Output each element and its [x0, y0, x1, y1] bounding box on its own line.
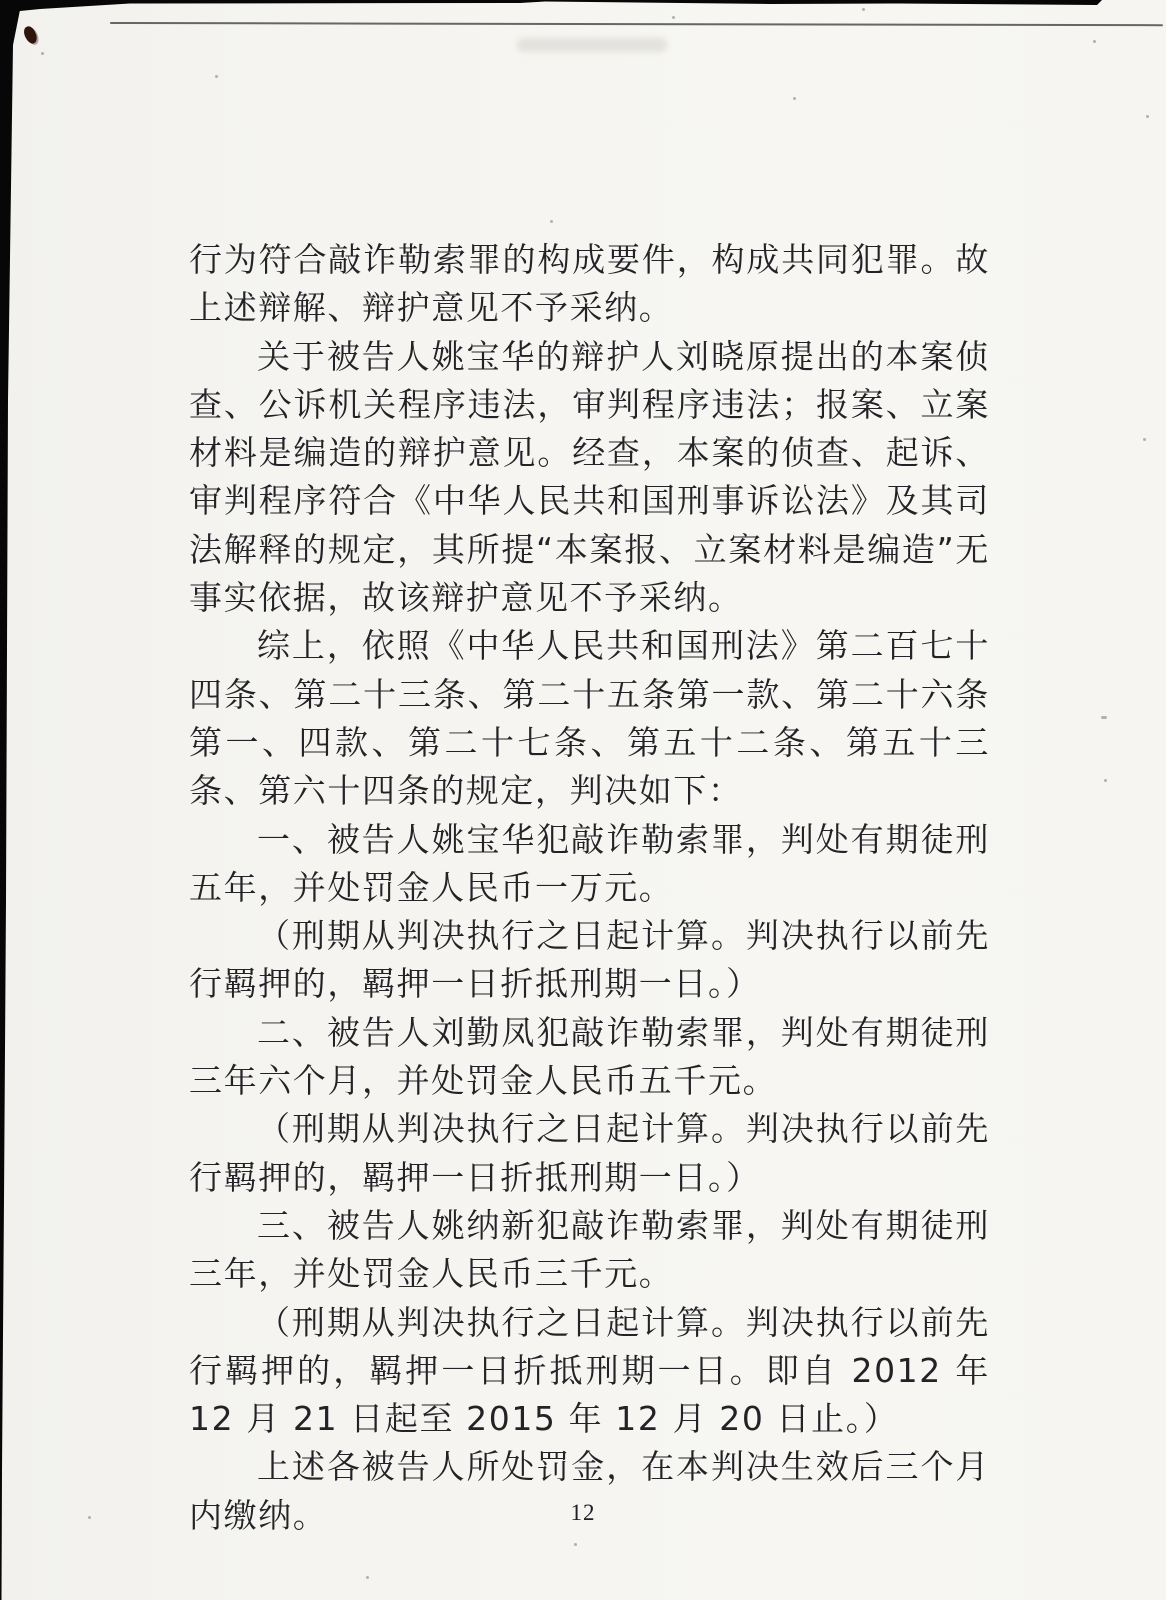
scan-smudge: [517, 38, 667, 52]
scan-speck: [793, 97, 796, 100]
body-paragraph: 关于被告人姚宝华的辩护人刘晓原提出的本案侦查、公诉机关程序违法，审判程序违法；报…: [189, 333, 990, 623]
verdict-note-2: （刑期从判决执行之日起计算。判决执行以前先行羁押的，羁押一日折抵刑期一日。）: [189, 1105, 990, 1202]
scan-speck: [550, 220, 553, 223]
scan-speck: [1146, 115, 1149, 118]
scan-edge-top: [0, 0, 1104, 14]
scan-speck: [862, 8, 865, 11]
scan-fold-line: [110, 22, 1163, 26]
scan-speck: [1104, 779, 1107, 782]
verdict-item-3: 三、被告人姚纳新犯敲诈勒索罪，判处有期徒刑三年，并处罚金人民币三千元。: [189, 1202, 990, 1299]
scan-speck: [1093, 40, 1096, 43]
verdict-item-1: 一、被告人姚宝华犯敲诈勒索罪，判处有期徒刑五年，并处罚金人民币一万元。: [189, 816, 990, 913]
page-number: 12: [0, 1500, 1166, 1526]
verdict-note-1: （刑期从判决执行之日起计算。判决执行以前先行羁押的，羁押一日折抵刑期一日。）: [189, 912, 990, 1009]
scan-speck: [366, 1576, 369, 1579]
judgment-body: 行为符合敲诈勒索罪的构成要件，构成共同犯罪。故上述辩解、辩护意见不予采纳。 关于…: [189, 236, 990, 1540]
scan-speck: [1143, 438, 1146, 441]
scan-speck: [215, 75, 218, 78]
scanned-document-page: 行为符合敲诈勒索罪的构成要件，构成共同犯罪。故上述辩解、辩护意见不予采纳。 关于…: [0, 0, 1166, 1600]
scan-edge-left: [0, 0, 22, 1600]
ink-blot-artifact: [21, 24, 39, 45]
scan-speck: [672, 16, 675, 19]
body-paragraph: 综上，依照《中华人民共和国刑法》第二百七十四条、第二十三条、第二十五条第一款、第…: [189, 622, 990, 815]
verdict-item-2: 二、被告人刘勤凤犯敲诈勒索罪，判处有期徒刑三年六个月，并处罚金人民币五千元。: [189, 1009, 990, 1106]
scan-speck: [41, 52, 44, 55]
verdict-note-3: （刑期从判决执行之日起计算。判决执行以前先行羁押的，羁押一日折抵刑期一日。即自 …: [189, 1299, 990, 1444]
scan-speck: [1101, 716, 1107, 719]
body-paragraph: 行为符合敲诈勒索罪的构成要件，构成共同犯罪。故上述辩解、辩护意见不予采纳。: [189, 236, 990, 333]
scan-speck: [574, 1543, 577, 1546]
